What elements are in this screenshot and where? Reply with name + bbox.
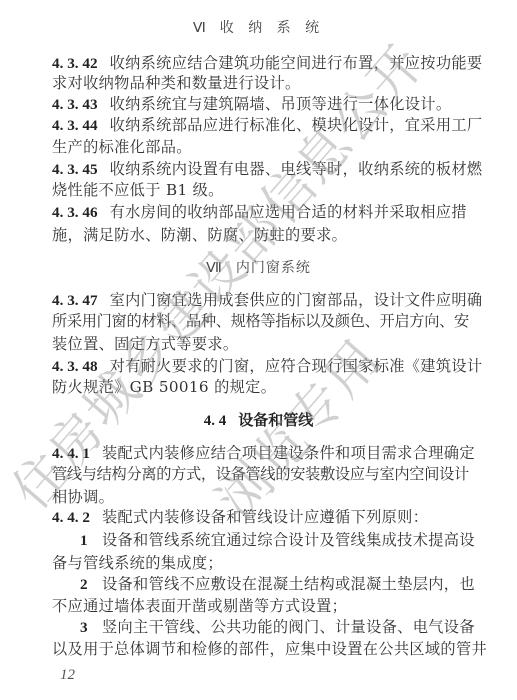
clause-text: 有水房间的收纳部品应选用合适的材料并采取相应措: [110, 203, 467, 221]
clause-4-3-45: 4. 3. 45收纳系统内设置有电器、电线等时，收纳系统的板材燃: [52, 159, 462, 180]
item-text: 设备和管线不应敷设在混凝土结构或混凝土垫层内，也: [102, 575, 475, 593]
clause-text: 收纳系统部品应进行标准化、模块化设计，宜采用工厂: [110, 116, 483, 134]
item-number: 1: [80, 532, 88, 549]
list-item-3: 3竖向主干管线、公共功能的阀门、计量设备、电气设备: [80, 617, 462, 638]
list-item-1: 1设备和管线系统宜通过综合设计及管线集成技术提高设: [80, 530, 462, 551]
chapter-title: 设备和管线: [238, 411, 313, 429]
section-title: 收 纳 系 统: [220, 20, 324, 36]
clause-4-3-42: 4. 3. 42收纳系统应结合建筑功能空间进行布置，并应按功能要: [52, 53, 462, 74]
clause-number: 4. 3. 45: [52, 161, 98, 178]
clause-4-3-43: 4. 3. 43收纳系统宜与建筑隔墙、吊顶等进行一体化设计。: [52, 94, 462, 115]
clause-text: 室内门窗宜选用成套供应的门窗部品，设计文件应明确: [110, 291, 483, 309]
clause-number: 4. 3. 46: [52, 204, 98, 221]
clause-text-continued: 所采用门窗的材料、品种、规格等指标以及颜色、开启方向、安: [52, 311, 462, 331]
document-page: Ⅵ收 纳 系 统 4. 3. 42收纳系统应结合建筑功能空间进行布置，并应按功能…: [0, 0, 517, 700]
clause-text: 收纳系统内设置有电器、电线等时，收纳系统的板材燃: [110, 160, 483, 178]
section-roman-numeral: Ⅶ: [206, 261, 222, 276]
clause-4-3-46: 4. 3. 46有水房间的收纳部品应选用合适的材料并采取相应措: [52, 202, 462, 223]
clause-number: 4. 3. 43: [52, 96, 98, 113]
chapter-number: 4. 4: [204, 413, 227, 429]
clause-number: 4. 3. 47: [52, 292, 98, 309]
clause-text-continued: 相协调。: [52, 487, 462, 507]
clause-text: 收纳系统应结合建筑功能空间进行布置，并应按功能要: [110, 54, 483, 72]
item-text-continued: 不应通过墙体表面开凿或剔凿等方式设置；: [52, 596, 462, 616]
chapter-heading-4-4: 4. 4设备和管线: [0, 410, 517, 431]
clause-4-3-44: 4. 3. 44收纳系统部品应进行标准化、模块化设计，宜采用工厂: [52, 115, 462, 136]
clause-text: 装配式内装修设备和管线设计应遵循下列原则：: [102, 508, 428, 526]
clause-number: 4. 3. 48: [52, 358, 98, 375]
section-roman-numeral: Ⅵ: [193, 21, 206, 36]
section-heading-vi: Ⅵ收 纳 系 统: [0, 18, 517, 39]
clause-text: 收纳系统宜与建筑隔墙、吊顶等进行一体化设计。: [110, 95, 452, 113]
item-text: 设备和管线系统宜通过综合设计及管线集成技术提高设: [102, 531, 475, 549]
item-number: 2: [80, 576, 88, 593]
clause-text-continued: 烧性能不应低于 B1 级。: [52, 180, 462, 200]
clause-text-continued: 求对收纳物品种类和数量进行设计。: [52, 73, 462, 93]
clause-number: 4. 4. 1: [52, 445, 90, 462]
clause-number: 4. 3. 44: [52, 117, 98, 134]
item-text-continued: 备与管线系统的集成度；: [52, 553, 462, 573]
clause-4-3-47: 4. 3. 47室内门窗宜选用成套供应的门窗部品，设计文件应明确: [52, 290, 462, 311]
clause-text-continued: 装位置、固定方式等要求。: [52, 334, 462, 354]
clause-text-continued: 管线与结构分离的方式，设备管线的安装敷设应与室内空间设计: [52, 464, 462, 484]
item-number: 3: [80, 619, 88, 636]
list-item-2: 2设备和管线不应敷设在混凝土结构或混凝土垫层内，也: [80, 574, 462, 595]
section-heading-vii: Ⅶ内门窗系统: [0, 258, 517, 279]
clause-text: 对有耐火要求的门窗，应符合现行国家标准《建筑设计: [110, 357, 483, 375]
clause-number: 4. 4. 2: [52, 509, 90, 526]
clause-text-continued: 生产的标准化部品。: [52, 137, 462, 157]
clause-4-4-2: 4. 4. 2装配式内装修设备和管线设计应遵循下列原则：: [52, 507, 462, 528]
item-text: 竖向主干管线、公共功能的阀门、计量设备、电气设备: [102, 618, 475, 636]
clause-4-3-48: 4. 3. 48对有耐火要求的门窗，应符合现行国家标准《建筑设计: [52, 356, 462, 377]
item-text-continued: 以及用于总体调节和检修的部件，应集中设置在公共区域的管井: [52, 639, 462, 659]
clause-number: 4. 3. 42: [52, 55, 98, 72]
clause-text-continued: 施，满足防水、防潮、防腐、防蛀的要求。: [52, 225, 462, 245]
clause-text-continued: 防火规范》GB 50016 的规定。: [52, 377, 462, 397]
page-number: 12: [60, 667, 75, 684]
clause-4-4-1: 4. 4. 1装配式内装修应结合项目建设条件和项目需求合理确定: [52, 443, 462, 464]
section-title: 内门窗系统: [236, 260, 311, 276]
clause-text: 装配式内装修应结合项目建设条件和项目需求合理确定: [102, 444, 475, 462]
